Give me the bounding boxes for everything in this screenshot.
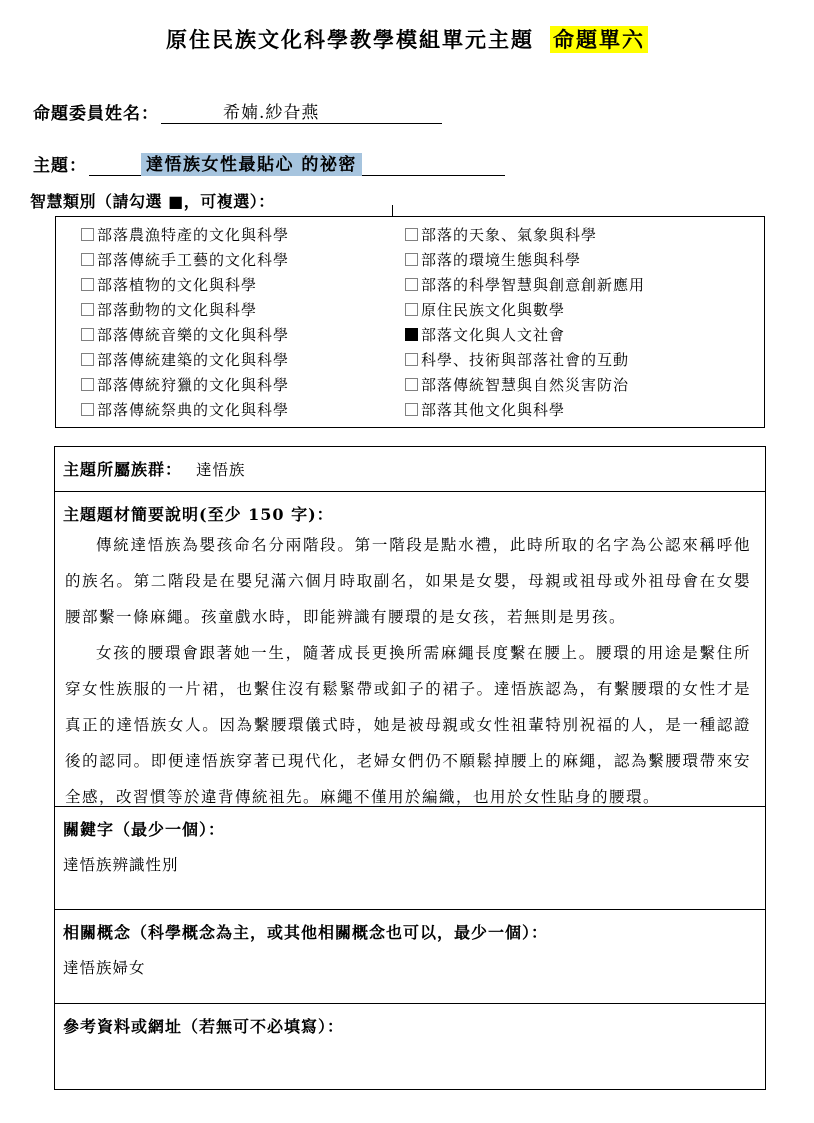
category-item: 部落傳統狩獵的文化與科學 <box>56 372 404 397</box>
description-paragraph: 女孩的腰環會跟著她一生，隨著成長更換所需麻繩長度繫在腰上。腰環的用途是繫住所穿女… <box>65 635 751 815</box>
category-checklist: 部落農漁特產的文化與科學 部落傳統手工藝的文化科學 部落植物的文化與科學 部落動… <box>55 216 765 428</box>
category-item-label: 部落的科學智慧與創意創新應用 <box>421 274 645 295</box>
category-item-label: 部落文化與人文社會 <box>421 324 565 345</box>
category-item-label: 部落傳統狩獵的文化與科學 <box>97 374 289 395</box>
category-item-label: 原住民族文化與數學 <box>421 299 565 320</box>
page-title: 原住民族文化科學教學模組單元主題命題單六 <box>0 24 814 54</box>
references-row: 參考資料或網址（若無可不必填寫）： <box>55 1003 765 1089</box>
committee-name-label: 命題委員姓名： <box>33 104 159 124</box>
topic-value-highlight: 達悟族女性最貼心 的祕密 <box>141 153 362 176</box>
category-item-label: 部落傳統智慧與自然災害防治 <box>421 374 629 395</box>
concepts-label: 相關概念（科學概念為主，或其他相關概念也可以，最少一個）： <box>63 923 548 942</box>
category-item: 部落植物的文化與科學 <box>56 272 404 297</box>
main-table: 主題所屬族群：達悟族 主題題材簡要說明(至少 150 字)： 傳統達悟族為嬰孩命… <box>54 446 766 1090</box>
category-item: 部落動物的文化與科學 <box>56 297 404 322</box>
checkbox-icon[interactable] <box>405 253 418 266</box>
category-item: 部落其他文化與科學 <box>404 397 764 422</box>
checkbox-icon[interactable] <box>81 228 94 241</box>
category-item-selected: 部落文化與人文社會 <box>404 322 764 347</box>
ethnic-group-value: 達悟族 <box>196 461 246 479</box>
topic-row: 主題：達悟族女性最貼心 的祕密 <box>33 150 505 176</box>
category-item: 部落的環境生態與科學 <box>404 247 764 272</box>
category-item: 科學、技術與部落社會的互動 <box>404 347 764 372</box>
checkbox-icon[interactable] <box>405 303 418 316</box>
category-item: 部落農漁特產的文化與科學 <box>56 222 404 247</box>
checkbox-icon[interactable] <box>81 403 94 416</box>
category-item: 部落傳統祭典的文化與科學 <box>56 397 404 422</box>
category-item-label: 部落農漁特產的文化與科學 <box>97 224 289 245</box>
category-item: 原住民族文化與數學 <box>404 297 764 322</box>
category-item-label: 部落傳統祭典的文化與科學 <box>97 399 289 420</box>
category-item: 部落傳統智慧與自然災害防治 <box>404 372 764 397</box>
description-row: 主題題材簡要說明(至少 150 字)： 傳統達悟族為嬰孩命名分兩階段。第一階段是… <box>55 491 765 806</box>
page-title-text: 原住民族文化科學教學模組單元主題 <box>166 27 534 52</box>
category-item-label: 科學、技術與部落社會的互動 <box>421 349 629 370</box>
checkbox-icon[interactable] <box>405 353 418 366</box>
checkbox-icon[interactable] <box>405 378 418 391</box>
category-item-label: 部落植物的文化與科學 <box>97 274 257 295</box>
committee-name-field[interactable]: 希婻.紗旮燕 <box>161 98 442 124</box>
title-highlight-badge: 命題單六 <box>550 26 648 53</box>
checkbox-icon[interactable] <box>81 378 94 391</box>
references-label: 參考資料或網址（若無可不必填寫）： <box>63 1017 344 1036</box>
keywords-row: 關鍵字（最少一個）： 達悟族辨識性別 <box>55 806 765 909</box>
document-page: { "header": { "title": "原住民族文化科學教學模組單元主題… <box>0 0 814 1123</box>
category-item-label: 部落的天象、氣象與科學 <box>421 224 597 245</box>
checkbox-icon[interactable] <box>81 303 94 316</box>
category-item: 部落的天象、氣象與科學 <box>404 222 764 247</box>
category-item-label: 部落傳統手工藝的文化科學 <box>97 249 289 270</box>
category-item-label: 部落其他文化與科學 <box>421 399 565 420</box>
category-item: 部落傳統手工藝的文化科學 <box>56 247 404 272</box>
concepts-value: 達悟族婦女 <box>63 956 755 978</box>
category-item: 部落傳統建築的文化與科學 <box>56 347 404 372</box>
ethnic-group-label: 主題所屬族群： <box>63 460 182 479</box>
committee-name-value: 希婻.紗旮燕 <box>223 103 319 123</box>
checkbox-icon[interactable] <box>405 328 418 341</box>
category-item-label: 部落的環境生態與科學 <box>421 249 581 270</box>
category-item: 部落傳統音樂的文化與科學 <box>56 322 404 347</box>
description-label: 主題題材簡要說明(至少 150 字)： <box>63 502 755 525</box>
description-paragraph: 傳統達悟族為嬰孩命名分兩階段。第一階段是點水禮，此時所取的名字為公認來稱呼他的族… <box>65 527 751 635</box>
ethnic-group-row: 主題所屬族群：達悟族 <box>55 447 765 491</box>
category-section-label: 智慧類別（請勾選 ■，可複選）： <box>30 189 275 212</box>
description-text: 傳統達悟族為嬰孩命名分兩階段。第一階段是點水禮，此時所取的名字為公認來稱呼他的族… <box>63 527 755 815</box>
concepts-row: 相關概念（科學概念為主，或其他相關概念也可以，最少一個）： 達悟族婦女 <box>55 909 765 1003</box>
keywords-value: 達悟族辨識性別 <box>63 853 755 875</box>
checkbox-icon[interactable] <box>81 328 94 341</box>
checkbox-icon[interactable] <box>405 278 418 291</box>
checkbox-icon[interactable] <box>81 253 94 266</box>
checkbox-icon[interactable] <box>405 403 418 416</box>
category-item-label: 部落傳統建築的文化與科學 <box>97 349 289 370</box>
category-item-label: 部落動物的文化與科學 <box>97 299 257 320</box>
committee-name-row: 命題委員姓名：希婻.紗旮燕 <box>33 98 442 124</box>
checkbox-icon[interactable] <box>81 353 94 366</box>
topic-field[interactable]: 達悟族女性最貼心 的祕密 <box>89 150 505 176</box>
category-item-label: 部落傳統音樂的文化與科學 <box>97 324 289 345</box>
topic-label: 主題： <box>33 156 87 176</box>
category-item: 部落的科學智慧與創意創新應用 <box>404 272 764 297</box>
keywords-label: 關鍵字（最少一個）： <box>63 820 225 839</box>
checkbox-icon[interactable] <box>81 278 94 291</box>
checkbox-icon[interactable] <box>405 228 418 241</box>
